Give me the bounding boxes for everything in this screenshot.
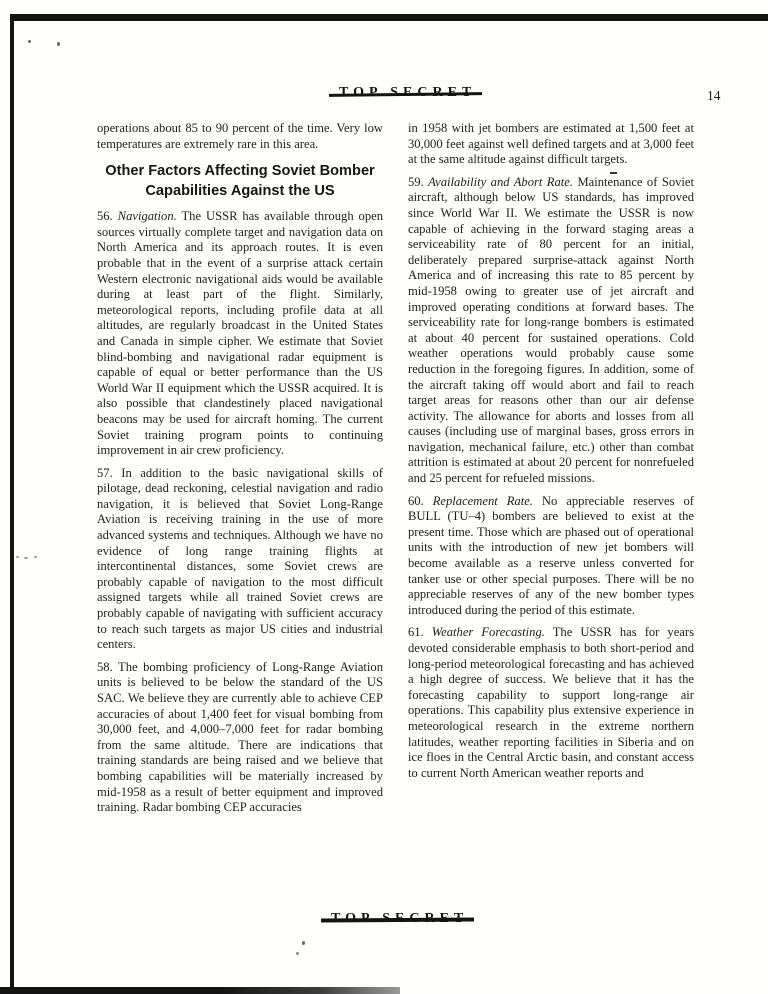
paragraph-text: The USSR has for years devoted considera… [408, 625, 694, 779]
continued-paragraph-text: operations about 85 to 90 percent of the… [97, 121, 383, 151]
scan-artifact [302, 941, 305, 945]
paragraph-61: 61. Weather Forecasting. The USSR has fo… [408, 625, 694, 781]
classification-footer-text: TOP SECRET [331, 911, 468, 927]
paragraph-57: 57. In addition to the basic navigationa… [97, 466, 383, 653]
scan-artifact [16, 556, 19, 558]
paragraph-number: 58. [97, 660, 113, 674]
scan-border-left [10, 14, 14, 988]
paragraph-number: 59. [408, 175, 424, 189]
paragraph-lead: Navigation. [118, 209, 177, 223]
classification-header-text: TOP SECRET [339, 85, 476, 101]
continued-paragraph: operations about 85 to 90 percent of the… [97, 121, 383, 152]
paragraph-60: 60. Replacement Rate. No appreciable res… [408, 494, 694, 619]
classification-footer: TOP SECRET [331, 911, 468, 927]
column-left: operations about 85 to 90 percent of the… [97, 121, 383, 816]
paragraph-text: The USSR has available through open sour… [97, 209, 383, 457]
paragraph-number: 57. [97, 466, 113, 480]
paragraph-lead: Weather Forecasting. [432, 625, 545, 639]
scan-artifact [28, 40, 31, 43]
section-heading-line1: Other Factors Affecting Soviet Bomber [97, 162, 383, 182]
scan-border-bottom [0, 987, 400, 994]
scan-artifact [24, 557, 28, 559]
section-heading-line2: Capabilities Against the US [97, 182, 383, 202]
scan-artifact [34, 556, 37, 558]
column-right: in 1958 with jet bombers are estimated a… [408, 121, 694, 816]
paragraph-lead: Replacement Rate. [433, 494, 533, 508]
paragraph-59: 59. Availability and Abort Rate. Mainten… [408, 175, 694, 487]
section-heading: Other Factors Affecting Soviet Bomber Ca… [97, 162, 383, 201]
continued-paragraph: in 1958 with jet bombers are estimated a… [408, 121, 694, 168]
paragraph-lead: Availability and Abort Rate. [428, 175, 573, 189]
paragraph-number: 61. [408, 625, 424, 639]
paragraph-number: 56. [97, 209, 113, 223]
paragraph-text: The bombing proficiency of Long-Range Av… [97, 660, 383, 814]
paragraph-text: In addition to the basic navigational sk… [97, 466, 383, 652]
paragraph-text: No appreciable reserves of BULL (TU–4) b… [408, 494, 694, 617]
scan-artifact [296, 952, 299, 955]
classification-header: TOP SECRET [339, 85, 476, 101]
paragraph-58: 58. The bombing proficiency of Long-Rang… [97, 660, 383, 816]
paragraph-text: Maintenance of Soviet aircraft, although… [408, 175, 694, 485]
scan-border-top [10, 14, 768, 21]
page-number: 14 [707, 88, 721, 104]
paragraph-56: 56. Navigation. The USSR has available t… [97, 209, 383, 459]
document-body: operations about 85 to 90 percent of the… [97, 121, 695, 816]
document-page: TOP SECRET 14 operations about 85 to 90 … [0, 0, 768, 994]
paragraph-number: 60. [408, 494, 424, 508]
continued-paragraph-text: in 1958 with jet bombers are estimated a… [408, 121, 694, 166]
scan-artifact [57, 42, 60, 46]
